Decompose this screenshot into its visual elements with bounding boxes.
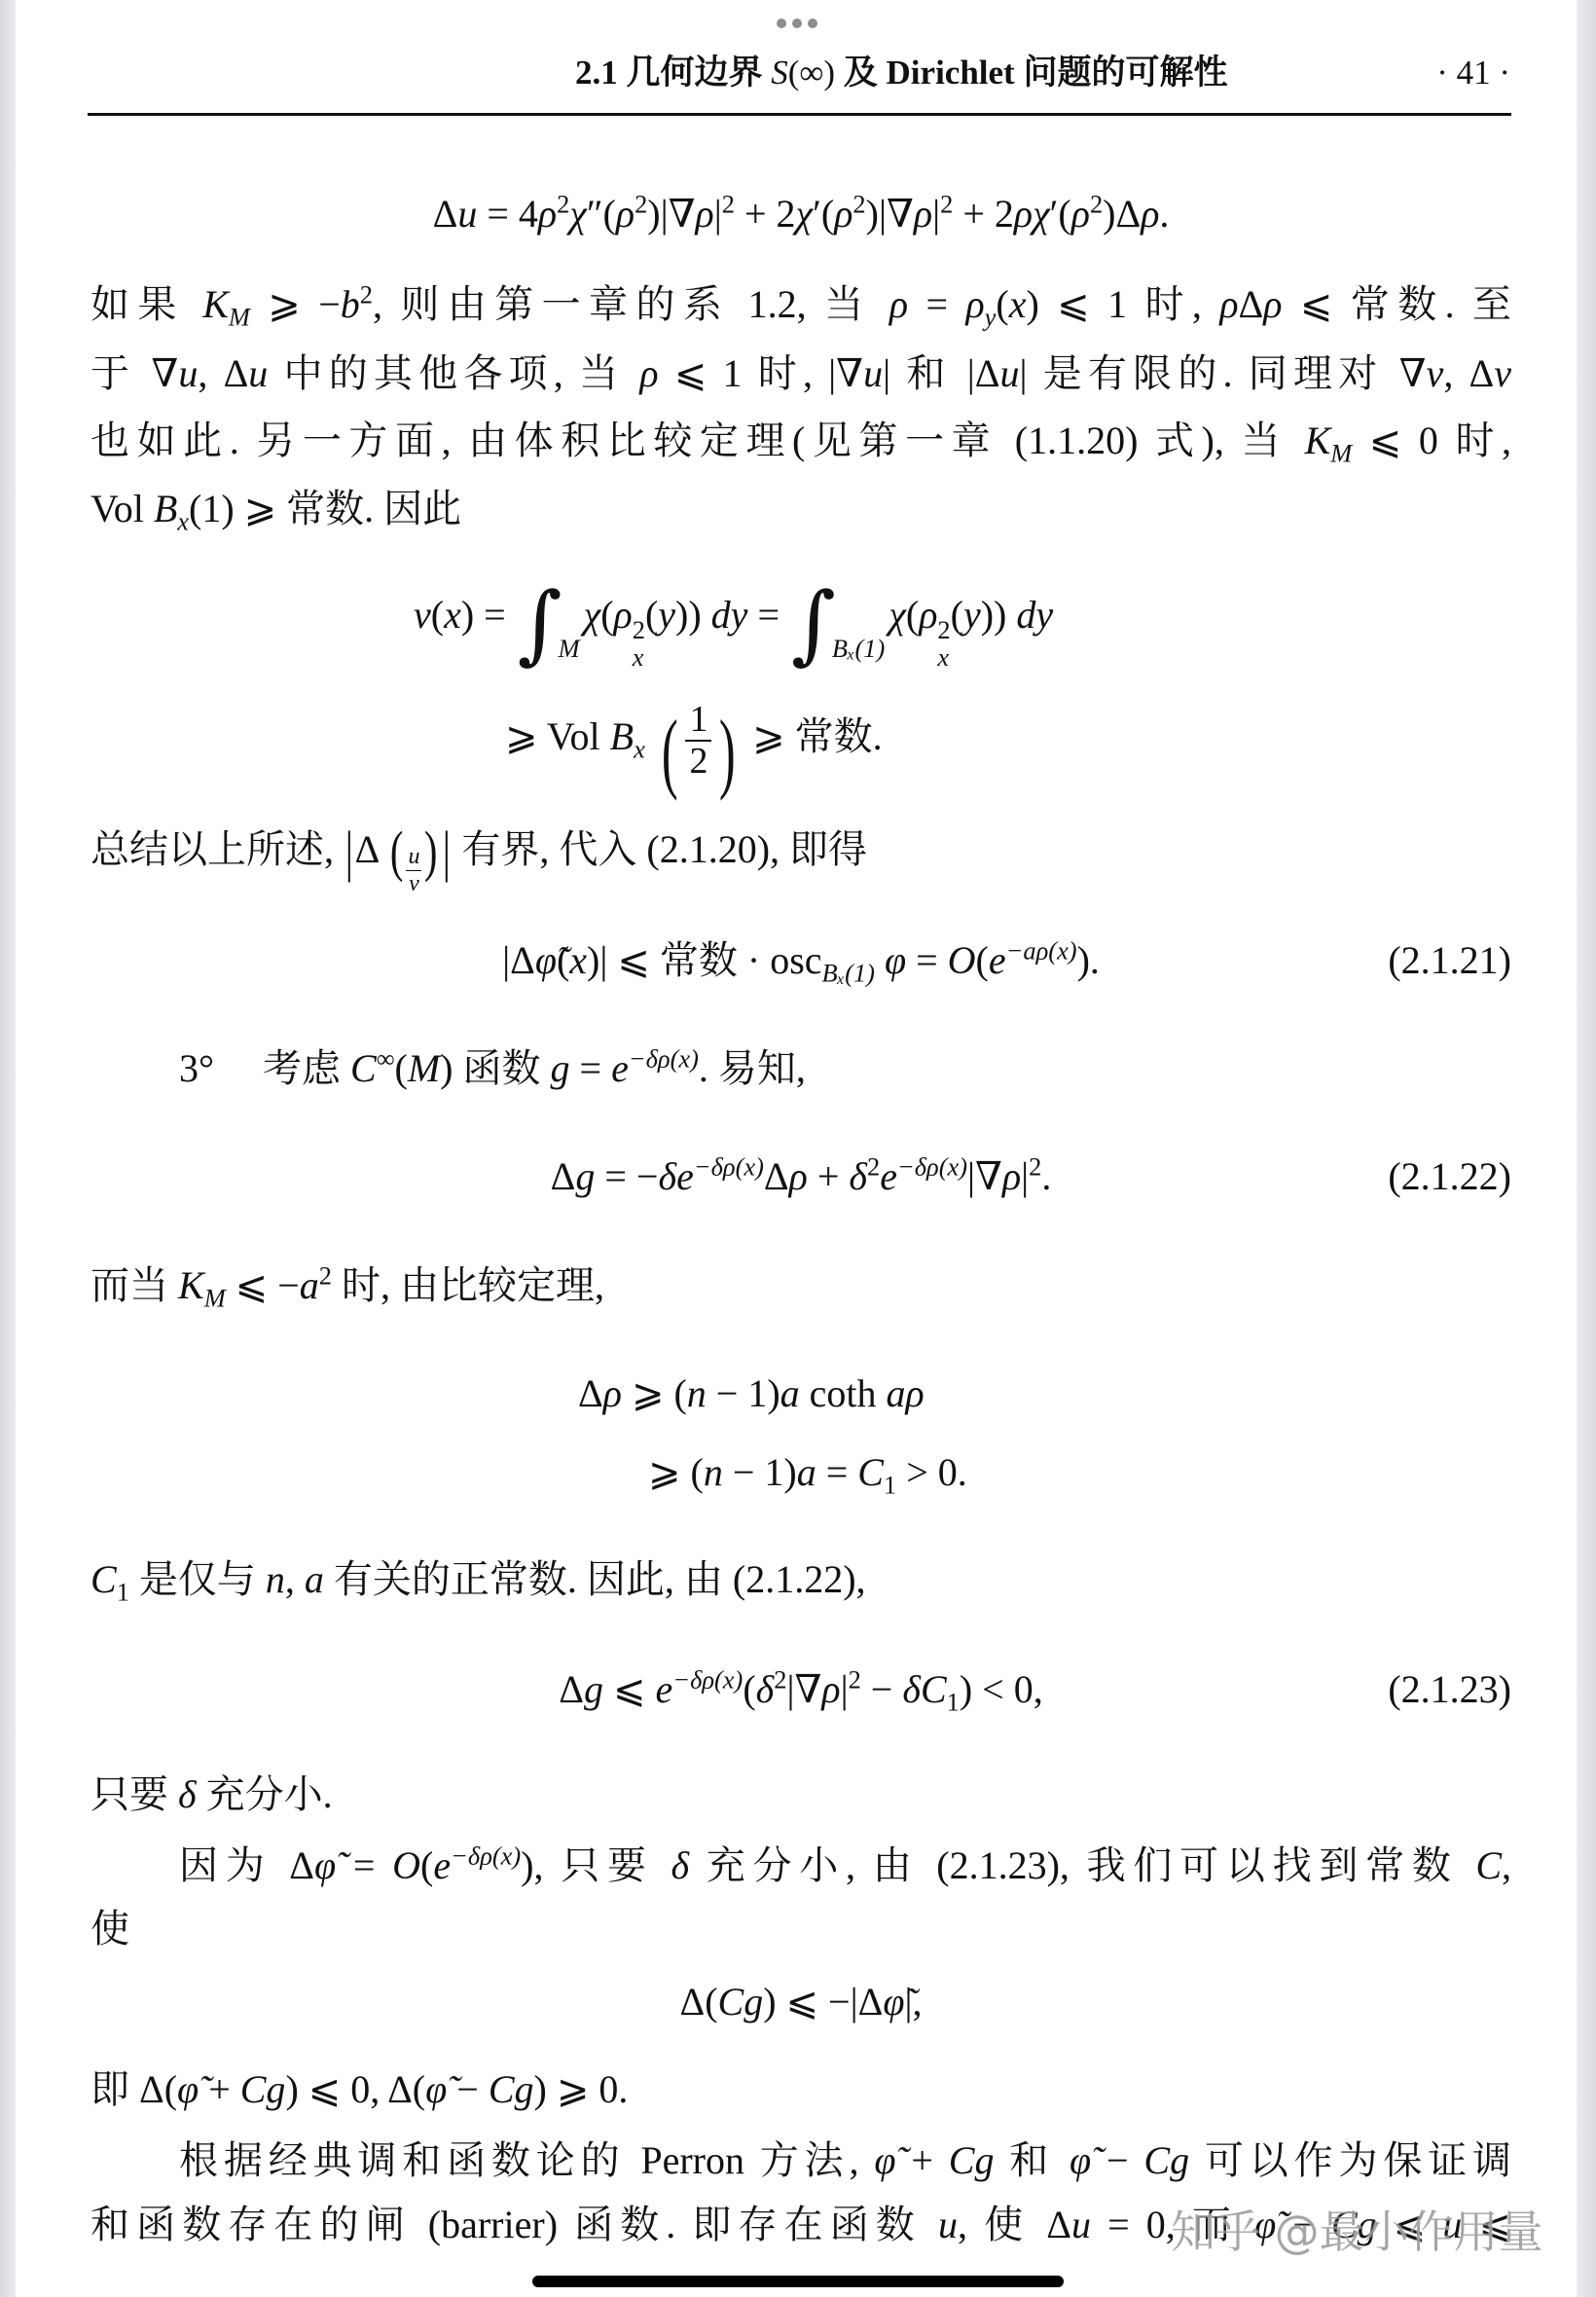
text-run: , Δ	[1443, 351, 1494, 395]
text-run: 使	[91, 1907, 129, 1951]
math-italic: ρ	[919, 593, 937, 637]
text-run: )|∇	[866, 192, 914, 236]
paragraph-line: 使	[91, 1900, 129, 1958]
text-run: 只要	[91, 1772, 178, 1816]
math-italic: φ̃	[535, 938, 557, 982]
superscript: 2	[722, 189, 735, 218]
paragraph-line: 也如此. 另一方面, 由体积比较定理(见第一章 (1.1.20) 式), 当 K…	[91, 412, 1511, 470]
text-run: 充分小.	[197, 1772, 333, 1816]
math-italic: δ	[756, 1667, 775, 1711]
sub-superscript: 2x	[937, 617, 950, 671]
text-run: =	[816, 1450, 858, 1494]
subscript: Bₓ(1)	[822, 958, 875, 987]
subscript: 1	[117, 1577, 129, 1606]
paragraph-line: 总结以上所述, |Δ (uv)| 有界, 代入 (2.1.20), 即得	[91, 820, 867, 879]
text-run: =	[908, 282, 965, 326]
text-run: 于 ∇	[91, 351, 178, 395]
text-run: ) ⩾ 0.	[534, 2067, 629, 2111]
math-italic: ρ	[889, 282, 908, 326]
text-run: ⩽	[603, 1667, 656, 1711]
text-run: 和	[994, 2138, 1070, 2182]
text-run: ) < 0,	[960, 1667, 1043, 1711]
text-run: coth	[800, 1371, 887, 1415]
big-delimiter: (	[662, 707, 678, 796]
superscript: −δρ(x)	[672, 1664, 743, 1694]
numerator: u	[406, 844, 421, 870]
text-run: (	[976, 938, 989, 982]
text-run: −	[1091, 2138, 1143, 2182]
equation-v-integral: v(x) = ∫Mχ(ρ2x(y)) dy = ∫Bₓ(1)χ(ρ2x(y)) …	[414, 586, 1053, 644]
text-run: , 使 Δ	[958, 2203, 1071, 2246]
text-run: −	[861, 1667, 903, 1711]
text-run: ″(	[587, 192, 616, 236]
math-italic: C	[857, 1450, 884, 1494]
equation-body: Δg ⩽ e−δρ(x)(δ2|∇ρ|2 − δC1) < 0,	[559, 1667, 1042, 1711]
math-italic: u	[178, 351, 198, 395]
equation-laplacian-u: Δu = 4ρ2χ″(ρ2)|∇ρ|2 + 2χ′(ρ2)|∇ρ|2 + 2ρχ…	[91, 185, 1511, 243]
text-run: )| ⩽ 常数 · osc	[587, 938, 821, 982]
text-run: =	[747, 593, 789, 637]
math-italic: ρ	[1263, 282, 1282, 326]
text-run: 时, 由比较定理,	[332, 1263, 604, 1307]
right-frame-edge	[1577, 0, 1596, 2297]
header-rule	[88, 113, 1511, 116]
text-run: ′(	[813, 192, 834, 236]
subscript: x	[634, 735, 645, 764]
math-italic: u	[1000, 351, 1020, 395]
text-run: ,	[1502, 1843, 1511, 1887]
equation-v-lower-bound: ⩾ Vol Bx (12) ⩾ 常数.	[505, 700, 883, 758]
math-italic: φ̃	[425, 2067, 447, 2111]
text-run: .	[1041, 1154, 1051, 1198]
integral-limit: Bₓ(1)	[832, 634, 885, 663]
superscript: 2	[635, 189, 647, 218]
paragraph-line: 如果 KM ⩾ −b2, 则由第一章的系 1.2, 当 ρ = ρy(x) ⩽ …	[91, 275, 1511, 334]
text-run: |∇	[967, 1154, 1002, 1198]
math-italic: ρ	[1071, 192, 1090, 236]
text-run: ⩽ 常数. 至	[1282, 282, 1511, 326]
equation-delta-rho-1: Δρ ⩾ (n − 1)a coth aρ	[578, 1365, 925, 1423]
text-run: 因为 Δ	[179, 1843, 314, 1887]
superscript: 2	[852, 189, 865, 218]
text-run: (	[743, 1667, 755, 1711]
math-italic: χ	[889, 593, 906, 637]
math-italic: φ̃	[177, 2067, 199, 2111]
text-run: ⩽ 1 时, |∇	[659, 351, 864, 395]
text-run: ⩽ −	[226, 1263, 300, 1307]
text-run: +	[199, 2067, 240, 2111]
text-run: + 2	[953, 192, 1014, 236]
math-italic: v	[414, 593, 431, 637]
text-run: +	[808, 1154, 850, 1198]
text-run: ))	[675, 593, 711, 637]
math-italic: δe	[658, 1154, 693, 1198]
subscript: y	[985, 302, 997, 331]
text-run: ) 函数	[440, 1046, 550, 1090]
math-italic: u	[938, 2203, 958, 2246]
superscript: −δρ(x)	[897, 1151, 967, 1181]
math-italic: a	[305, 1557, 324, 1601]
math-italic: dy	[711, 593, 748, 637]
subscript: M	[204, 1283, 226, 1312]
tall-delimiter: |	[443, 823, 451, 880]
superscript: 2	[319, 1260, 332, 1290]
text-run: 有界, 代入 (2.1.20), 即得	[452, 827, 867, 871]
math-italic: B	[610, 714, 634, 758]
text-run: )Δ	[1103, 192, 1141, 236]
text-run: |∇	[786, 1667, 821, 1711]
subscript: 1	[884, 1470, 896, 1499]
left-frame-edge	[0, 0, 16, 2297]
math-italic: ρ	[821, 1667, 840, 1711]
equation-number: (2.1.23)	[1388, 1660, 1511, 1719]
integral-limit: M	[559, 634, 580, 663]
math-italic: e	[433, 1843, 451, 1887]
math-italic: C	[350, 1046, 377, 1090]
math-italic: e	[989, 938, 1006, 982]
math-italic: n	[266, 1557, 285, 1601]
text-run: (	[951, 593, 963, 637]
text-run: Δ	[578, 1371, 603, 1415]
text-run: |	[841, 1667, 849, 1711]
math-italic: ρ	[789, 1154, 808, 1198]
more-options-icon[interactable]	[777, 18, 817, 28]
script: 2	[937, 617, 950, 644]
text-run: =	[570, 1046, 612, 1090]
math-italic: u	[457, 192, 477, 236]
text-run: 中的其他各项, 当	[268, 351, 639, 395]
math-italic: ρ	[1219, 282, 1238, 326]
text-run: > 0.	[896, 1450, 967, 1494]
text-run: (	[395, 1046, 408, 1090]
equation-delta-rho-2: ⩾ (n − 1)a = C1 > 0.	[648, 1443, 967, 1502]
math-italic: M	[408, 1046, 440, 1090]
math-italic: ρχ	[1014, 192, 1050, 236]
math-italic: x	[444, 593, 461, 637]
text-run: Δ	[433, 192, 458, 236]
math-italic: aρ	[887, 1371, 925, 1415]
text-run: (	[557, 938, 569, 982]
text-run: = −	[595, 1154, 658, 1198]
math-italic: a	[300, 1263, 319, 1307]
text-run: 和函数存在的闸 (barrier) 函数. 即存在函数	[91, 2203, 938, 2246]
math-italic: e	[656, 1667, 673, 1711]
math-italic: δ	[178, 1772, 197, 1816]
math-italic: K	[202, 282, 229, 326]
tall-delimiter: |	[345, 823, 353, 880]
math-italic: δ	[849, 1154, 867, 1198]
paragraph-line: 即 Δ(φ̃ + Cg) ⩽ 0, Δ(φ̃ − Cg) ⩾ 0.	[91, 2060, 628, 2119]
text-run: .	[1159, 192, 1169, 236]
math-italic: ρ	[696, 192, 714, 236]
text-run	[875, 938, 885, 982]
math-italic: φ̃	[1070, 2138, 1091, 2182]
superscript: 2	[940, 189, 953, 218]
math-italic: δ	[671, 1843, 689, 1887]
math-italic: χ	[584, 593, 601, 637]
text-run: −	[447, 2067, 489, 2111]
math-italic: O	[948, 938, 976, 982]
superscript: −δρ(x)	[629, 1043, 699, 1073]
math-italic: ρ	[538, 192, 557, 236]
text-run: 如果	[91, 282, 202, 326]
math-italic: Cg	[240, 2067, 286, 2111]
text-run: (	[645, 593, 658, 637]
text-run: Δ	[355, 827, 388, 871]
fraction: 12	[685, 700, 711, 782]
math-italic: g	[575, 1154, 595, 1198]
text-run: Δ	[559, 1667, 584, 1711]
math-italic: K	[1305, 419, 1331, 462]
integral-sign: ∫	[791, 573, 836, 674]
text-run: |	[714, 192, 722, 236]
text-run: , 则由第一章的系 1.2, 当	[373, 282, 889, 326]
math-italic: C	[91, 1557, 117, 1601]
equation-2-1-22: Δg = −δe−δρ(x)Δρ + δ2e−δρ(x)|∇ρ|2. (2.1.…	[91, 1148, 1511, 1206]
denominator: v	[409, 871, 419, 896]
text-run: ′(	[1050, 192, 1071, 236]
math-italic: ρ	[914, 192, 932, 236]
text-run: (	[420, 1843, 433, 1887]
text-run: (∞)	[788, 54, 835, 91]
text-run: ))	[981, 593, 1017, 637]
superscript: 2	[774, 1664, 786, 1694]
text-run: Vol	[91, 487, 154, 530]
text-run: ⩾ Vol	[505, 714, 610, 758]
integral-sign: ∫	[518, 573, 562, 674]
text-run: 即 Δ(	[91, 2067, 177, 2111]
math-italic: S	[771, 54, 788, 91]
text-run: ) ⩽ −|Δ	[763, 1980, 883, 2024]
math-italic: ρ	[1002, 1154, 1021, 1198]
dot	[777, 18, 786, 28]
text-run: ⩾ (	[648, 1450, 704, 1494]
tall-delimiter: )	[424, 823, 438, 880]
text-run: 而当	[91, 1263, 178, 1307]
text-run: 总结以上所述,	[91, 827, 344, 871]
text-run: |	[1021, 1154, 1029, 1198]
text-run	[645, 714, 655, 758]
text-run: |,	[904, 1980, 922, 2024]
script: 2	[633, 617, 645, 644]
dot	[792, 18, 802, 28]
math-italic: b	[341, 282, 360, 326]
text-run: − 1)	[707, 1371, 780, 1415]
text-run: | 是有限的. 同理对 ∇	[1020, 351, 1427, 395]
math-italic: y	[963, 593, 981, 637]
text-run: ).	[1077, 938, 1100, 982]
math-italic: φ̃	[314, 1843, 336, 1887]
superscript: 2	[1029, 1151, 1041, 1181]
paragraph-line: 于 ∇u, Δu 中的其他各项, 当 ρ ⩽ 1 时, |∇u| 和 |Δu| …	[91, 345, 1511, 403]
superscript: 2	[557, 189, 569, 218]
math-italic: φ̃	[883, 1980, 904, 2024]
superscript: 2	[1090, 189, 1103, 218]
text-run: =	[906, 938, 948, 982]
math-italic: δC	[902, 1667, 946, 1711]
math-italic: ρ	[616, 192, 635, 236]
text-run: 充分小, 由 (2.1.23), 我们可以找到常数	[689, 1843, 1475, 1887]
numerator: 1	[685, 700, 711, 742]
math-italic: Cg	[1143, 2138, 1189, 2182]
text-run: )|∇	[647, 192, 695, 236]
denominator: 2	[689, 742, 707, 782]
math-italic: φ	[885, 938, 906, 982]
text-run: 有关的正常数. 因此, 由 (2.1.22),	[324, 1557, 866, 1601]
text-run: +	[896, 2138, 949, 2182]
text-run: , Δ	[198, 351, 248, 395]
math-italic: C	[1475, 1843, 1502, 1887]
math-italic: a	[780, 1371, 800, 1415]
equation-2-1-23: Δg ⩽ e−δρ(x)(δ2|∇ρ|2 − δC1) < 0, (2.1.23…	[91, 1660, 1511, 1719]
equation-2-1-21: |Δφ̃(x)| ⩽ 常数 · oscBₓ(1) φ = O(e−aρ(x)).…	[91, 931, 1511, 990]
page-number: · 41 ·	[1436, 49, 1510, 97]
text-run: ⩾ 常数.	[743, 714, 883, 758]
script: x	[937, 644, 950, 672]
text-run: 根据经典调和函数论的 Perron 方法,	[179, 2138, 874, 2182]
math-italic: n	[687, 1371, 707, 1415]
math-italic: e	[611, 1046, 629, 1090]
text-run: + 2	[735, 192, 796, 236]
paragraph-line: 因为 Δφ̃ = O(e−δρ(x)), 只要 δ 充分小, 由 (2.1.23…	[179, 1837, 1511, 1895]
subscript: x	[177, 506, 189, 535]
math-italic: O	[392, 1843, 420, 1887]
math-italic: χ	[796, 192, 814, 236]
tall-delimiter: (	[390, 823, 404, 880]
text-run: (	[431, 593, 444, 637]
running-header-title: 2.1 几何边界 S(∞) 及 Dirichlet 问题的可解性	[575, 49, 1227, 97]
math-italic: B	[154, 487, 177, 530]
superscript: 2	[849, 1664, 861, 1694]
text-run: . 易知,	[699, 1046, 806, 1090]
text-run: (	[996, 282, 1008, 326]
math-italic: u	[863, 351, 883, 395]
text-run: Δ	[1239, 282, 1264, 326]
subscript: 1	[947, 1687, 960, 1716]
math-italic: u	[248, 351, 268, 395]
text-run: Δ(	[679, 1980, 717, 2024]
math-italic: Cg	[949, 2138, 995, 2182]
math-italic: Cg	[718, 1980, 764, 2024]
text-run: ⩽ 0 时,	[1352, 419, 1511, 462]
text-run: ) ⩽ 1 时,	[1026, 282, 1219, 326]
home-indicator[interactable]	[532, 2276, 1064, 2287]
text-run: = 4	[477, 192, 538, 236]
bold-run: 及 Dirichlet 问题的可解性	[835, 54, 1227, 91]
math-italic: ρ	[614, 593, 633, 637]
paragraph-line: Vol Bx(1) ⩾ 常数. 因此	[91, 480, 461, 538]
math-italic: x	[1009, 282, 1027, 326]
math-italic: a	[797, 1450, 816, 1494]
equation-number: (2.1.21)	[1388, 931, 1511, 990]
paragraph-line: 根据经典调和函数论的 Perron 方法, φ̃ + Cg 和 φ̃ − Cg …	[179, 2132, 1511, 2190]
equation-body: |Δφ̃(x)| ⩽ 常数 · oscBₓ(1) φ = O(e−aρ(x)).	[502, 938, 1100, 982]
text-run: (1) ⩾ 常数. 因此	[189, 487, 461, 530]
text-run: | 和 |Δ	[883, 351, 999, 395]
math-italic: dy	[1016, 593, 1053, 637]
watermark: 知乎 @最小作用量	[1171, 2204, 1543, 2260]
math-italic: χ	[569, 192, 587, 236]
math-italic: ρ	[639, 351, 658, 395]
text-run: =	[336, 1843, 392, 1887]
superscript: ∞	[377, 1043, 395, 1073]
math-italic: e	[880, 1154, 897, 1198]
text-run: ⩾ −	[250, 282, 341, 326]
math-italic: n	[704, 1450, 723, 1494]
sub-superscript: 2x	[633, 617, 645, 671]
text-run: |Δ	[502, 938, 535, 982]
math-italic: ρ	[603, 1371, 622, 1415]
text-run: 可以作为保证调	[1189, 2138, 1511, 2182]
text-run: |	[932, 192, 940, 236]
text-run: 也如此. 另一方面, 由体积比较定理(见第一章 (1.1.20) 式), 当	[91, 419, 1305, 462]
math-italic: ρ	[965, 282, 984, 326]
paragraph-line: 而当 KM ⩽ −a2 时, 由比较定理,	[91, 1257, 604, 1315]
superscript: −aρ(x)	[1006, 935, 1077, 965]
superscript: 2	[867, 1151, 880, 1181]
math-italic: v	[1427, 351, 1444, 395]
text-run: (	[906, 593, 919, 637]
math-italic: g	[551, 1046, 570, 1090]
math-italic: u	[1071, 2203, 1091, 2246]
subscript: M	[229, 302, 250, 331]
subscript: M	[1330, 438, 1352, 467]
text-run: ), 只要	[521, 1843, 671, 1887]
text-run: Δ	[764, 1154, 789, 1198]
math-italic: ρ	[1141, 192, 1159, 236]
dot	[808, 18, 817, 28]
text-run: (	[600, 593, 613, 637]
text-run: − 1)	[723, 1450, 797, 1494]
paragraph-line: 只要 δ 充分小.	[91, 1766, 333, 1824]
math-italic: Cg	[489, 2067, 534, 2111]
superscript: 2	[360, 279, 373, 309]
fraction: uv	[406, 844, 421, 896]
text-run: 是仅与	[129, 1557, 266, 1601]
math-italic: φ̃	[874, 2138, 895, 2182]
math-italic: x	[569, 938, 587, 982]
paragraph-line: C1 是仅与 n, a 有关的正常数. 因此, 由 (2.1.22),	[91, 1550, 866, 1609]
equation-delta-cg: Δ(Cg) ⩽ −|Δφ̃|,	[91, 1973, 1511, 2031]
equation-number: (2.1.22)	[1388, 1148, 1511, 1206]
big-delimiter: )	[719, 707, 736, 796]
math-italic: y	[658, 593, 675, 637]
superscript: −δρ(x)	[451, 1841, 521, 1870]
text-run: ,	[285, 1557, 305, 1601]
math-italic: K	[178, 1263, 204, 1307]
math-italic: v	[1494, 351, 1511, 395]
paragraph-line: 3° 考虑 C∞(M) 函数 g = e−δρ(x). 易知,	[179, 1039, 806, 1098]
text-run: 3° 考虑	[179, 1046, 350, 1090]
text-run: ) =	[461, 593, 516, 637]
math-italic: g	[584, 1667, 603, 1711]
math-italic: ρ	[834, 192, 852, 236]
text-run: ⩾ (	[622, 1371, 687, 1415]
equation-body: Δg = −δe−δρ(x)Δρ + δ2e−δρ(x)|∇ρ|2.	[551, 1154, 1052, 1198]
script: x	[633, 644, 645, 672]
text-run: Δ	[551, 1154, 576, 1198]
superscript: −δρ(x)	[694, 1151, 764, 1181]
bold-run: 2.1 几何边界	[575, 54, 771, 91]
text-run: ) ⩽ 0, Δ(	[285, 2067, 425, 2111]
